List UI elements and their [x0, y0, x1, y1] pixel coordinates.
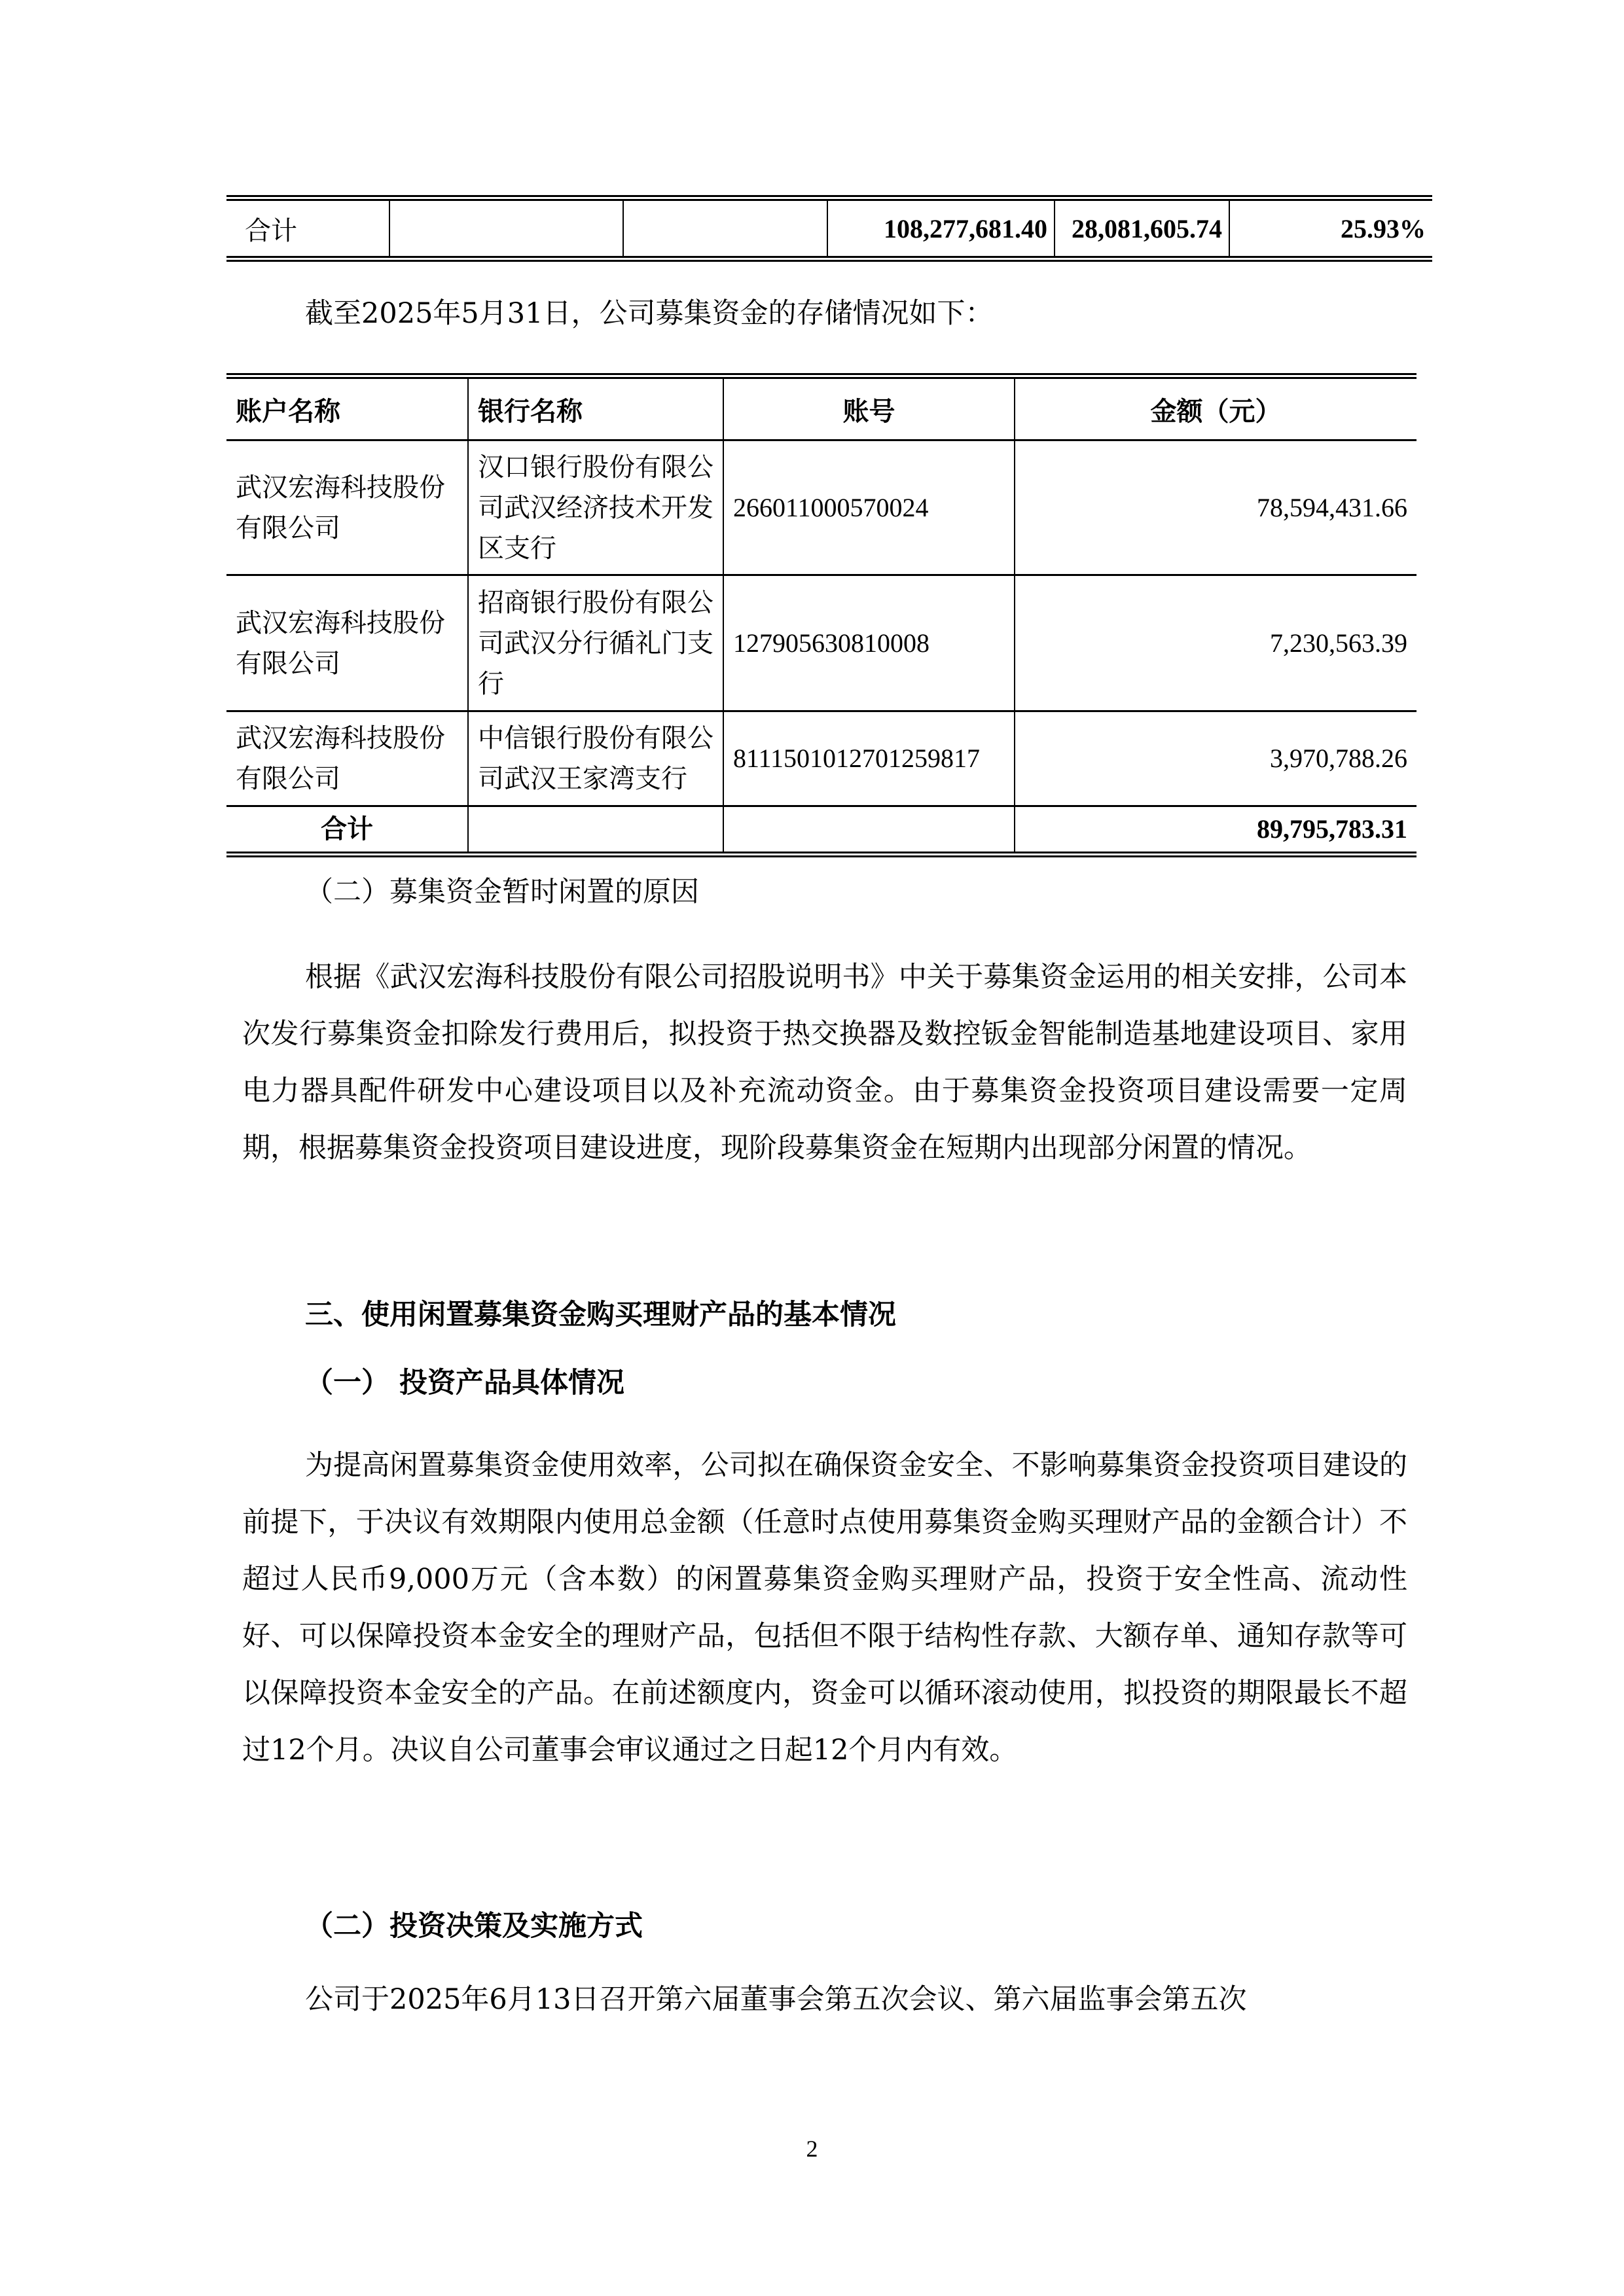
bank-name: 招商银行股份有限公司武汉分行循礼门支行 — [468, 575, 723, 711]
header-amount: 金额（元） — [1015, 376, 1416, 440]
empty-cell — [723, 806, 1015, 855]
total-amount-1: 108,277,681.40 — [827, 198, 1055, 259]
empty-cell — [623, 198, 827, 259]
table-total-row: 合计 89,795,783.31 — [226, 806, 1416, 855]
section-2-title: （二）募集资金暂时闲置的原因 — [242, 864, 1407, 921]
section-3-1-title: （一） 投资产品具体情况 — [242, 1355, 1407, 1412]
table-row: 合计 108,277,681.40 28,081,605.74 25.93% — [226, 198, 1432, 259]
table-row: 武汉宏海科技股份有限公司 招商银行股份有限公司武汉分行循礼门支行 1279056… — [226, 575, 1416, 711]
section-3-2-body: 公司于2025年6月13日召开第六届董事会第五次会议、第六届监事会第五次 — [242, 1971, 1407, 2028]
amount: 78,594,431.66 — [1015, 440, 1416, 575]
previous-table-total-row: 合计 108,277,681.40 28,081,605.74 25.93% — [226, 195, 1432, 262]
document-page: 合计 108,277,681.40 28,081,605.74 25.93% 截… — [0, 0, 1624, 2296]
account-name: 武汉宏海科技股份有限公司 — [226, 711, 468, 806]
bank-name: 中信银行股份有限公司武汉王家湾支行 — [468, 711, 723, 806]
total-ratio: 25.93% — [1229, 198, 1432, 259]
section-3-title: 三、使用闲置募集资金购买理财产品的基本情况 — [242, 1287, 1407, 1344]
table-row: 武汉宏海科技股份有限公司 中信银行股份有限公司武汉王家湾支行 811150101… — [226, 711, 1416, 806]
section-3-2-title: （二）投资决策及实施方式 — [242, 1898, 1407, 1955]
section-3-1-body: 为提高闲置募集资金使用效率，公司拟在确保资金安全、不影响募集资金投资项目建设的前… — [242, 1437, 1407, 1779]
amount: 7,230,563.39 — [1015, 575, 1416, 711]
account-no: 266011000570024 — [723, 440, 1015, 575]
bank-name: 汉口银行股份有限公司武汉经济技术开发区支行 — [468, 440, 723, 575]
total-label: 合计 — [226, 806, 468, 855]
total-amount: 89,795,783.31 — [1015, 806, 1416, 855]
section-2-body: 根据《武汉宏海科技股份有限公司招股说明书》中关于募集资金运用的相关安排，公司本次… — [242, 949, 1407, 1177]
empty-cell — [389, 198, 623, 259]
table-row: 武汉宏海科技股份有限公司 汉口银行股份有限公司武汉经济技术开发区支行 26601… — [226, 440, 1416, 575]
storage-table: 账户名称 银行名称 账号 金额（元） 武汉宏海科技股份有限公司 汉口银行股份有限… — [226, 373, 1416, 857]
header-account-name: 账户名称 — [226, 376, 468, 440]
table-header-row: 账户名称 银行名称 账号 金额（元） — [226, 376, 1416, 440]
total-amount-2: 28,081,605.74 — [1055, 198, 1229, 259]
page-number: 2 — [0, 2135, 1624, 2162]
account-no: 127905630810008 — [723, 575, 1015, 711]
amount: 3,970,788.26 — [1015, 711, 1416, 806]
header-bank-name: 银行名称 — [468, 376, 723, 440]
empty-cell — [468, 806, 723, 855]
account-name: 武汉宏海科技股份有限公司 — [226, 440, 468, 575]
storage-intro: 截至2025年5月31日，公司募集资金的存储情况如下： — [242, 285, 1407, 342]
header-account-no: 账号 — [723, 376, 1015, 440]
total-label: 合计 — [226, 198, 389, 259]
account-no: 8111501012701259817 — [723, 711, 1015, 806]
account-name: 武汉宏海科技股份有限公司 — [226, 575, 468, 711]
